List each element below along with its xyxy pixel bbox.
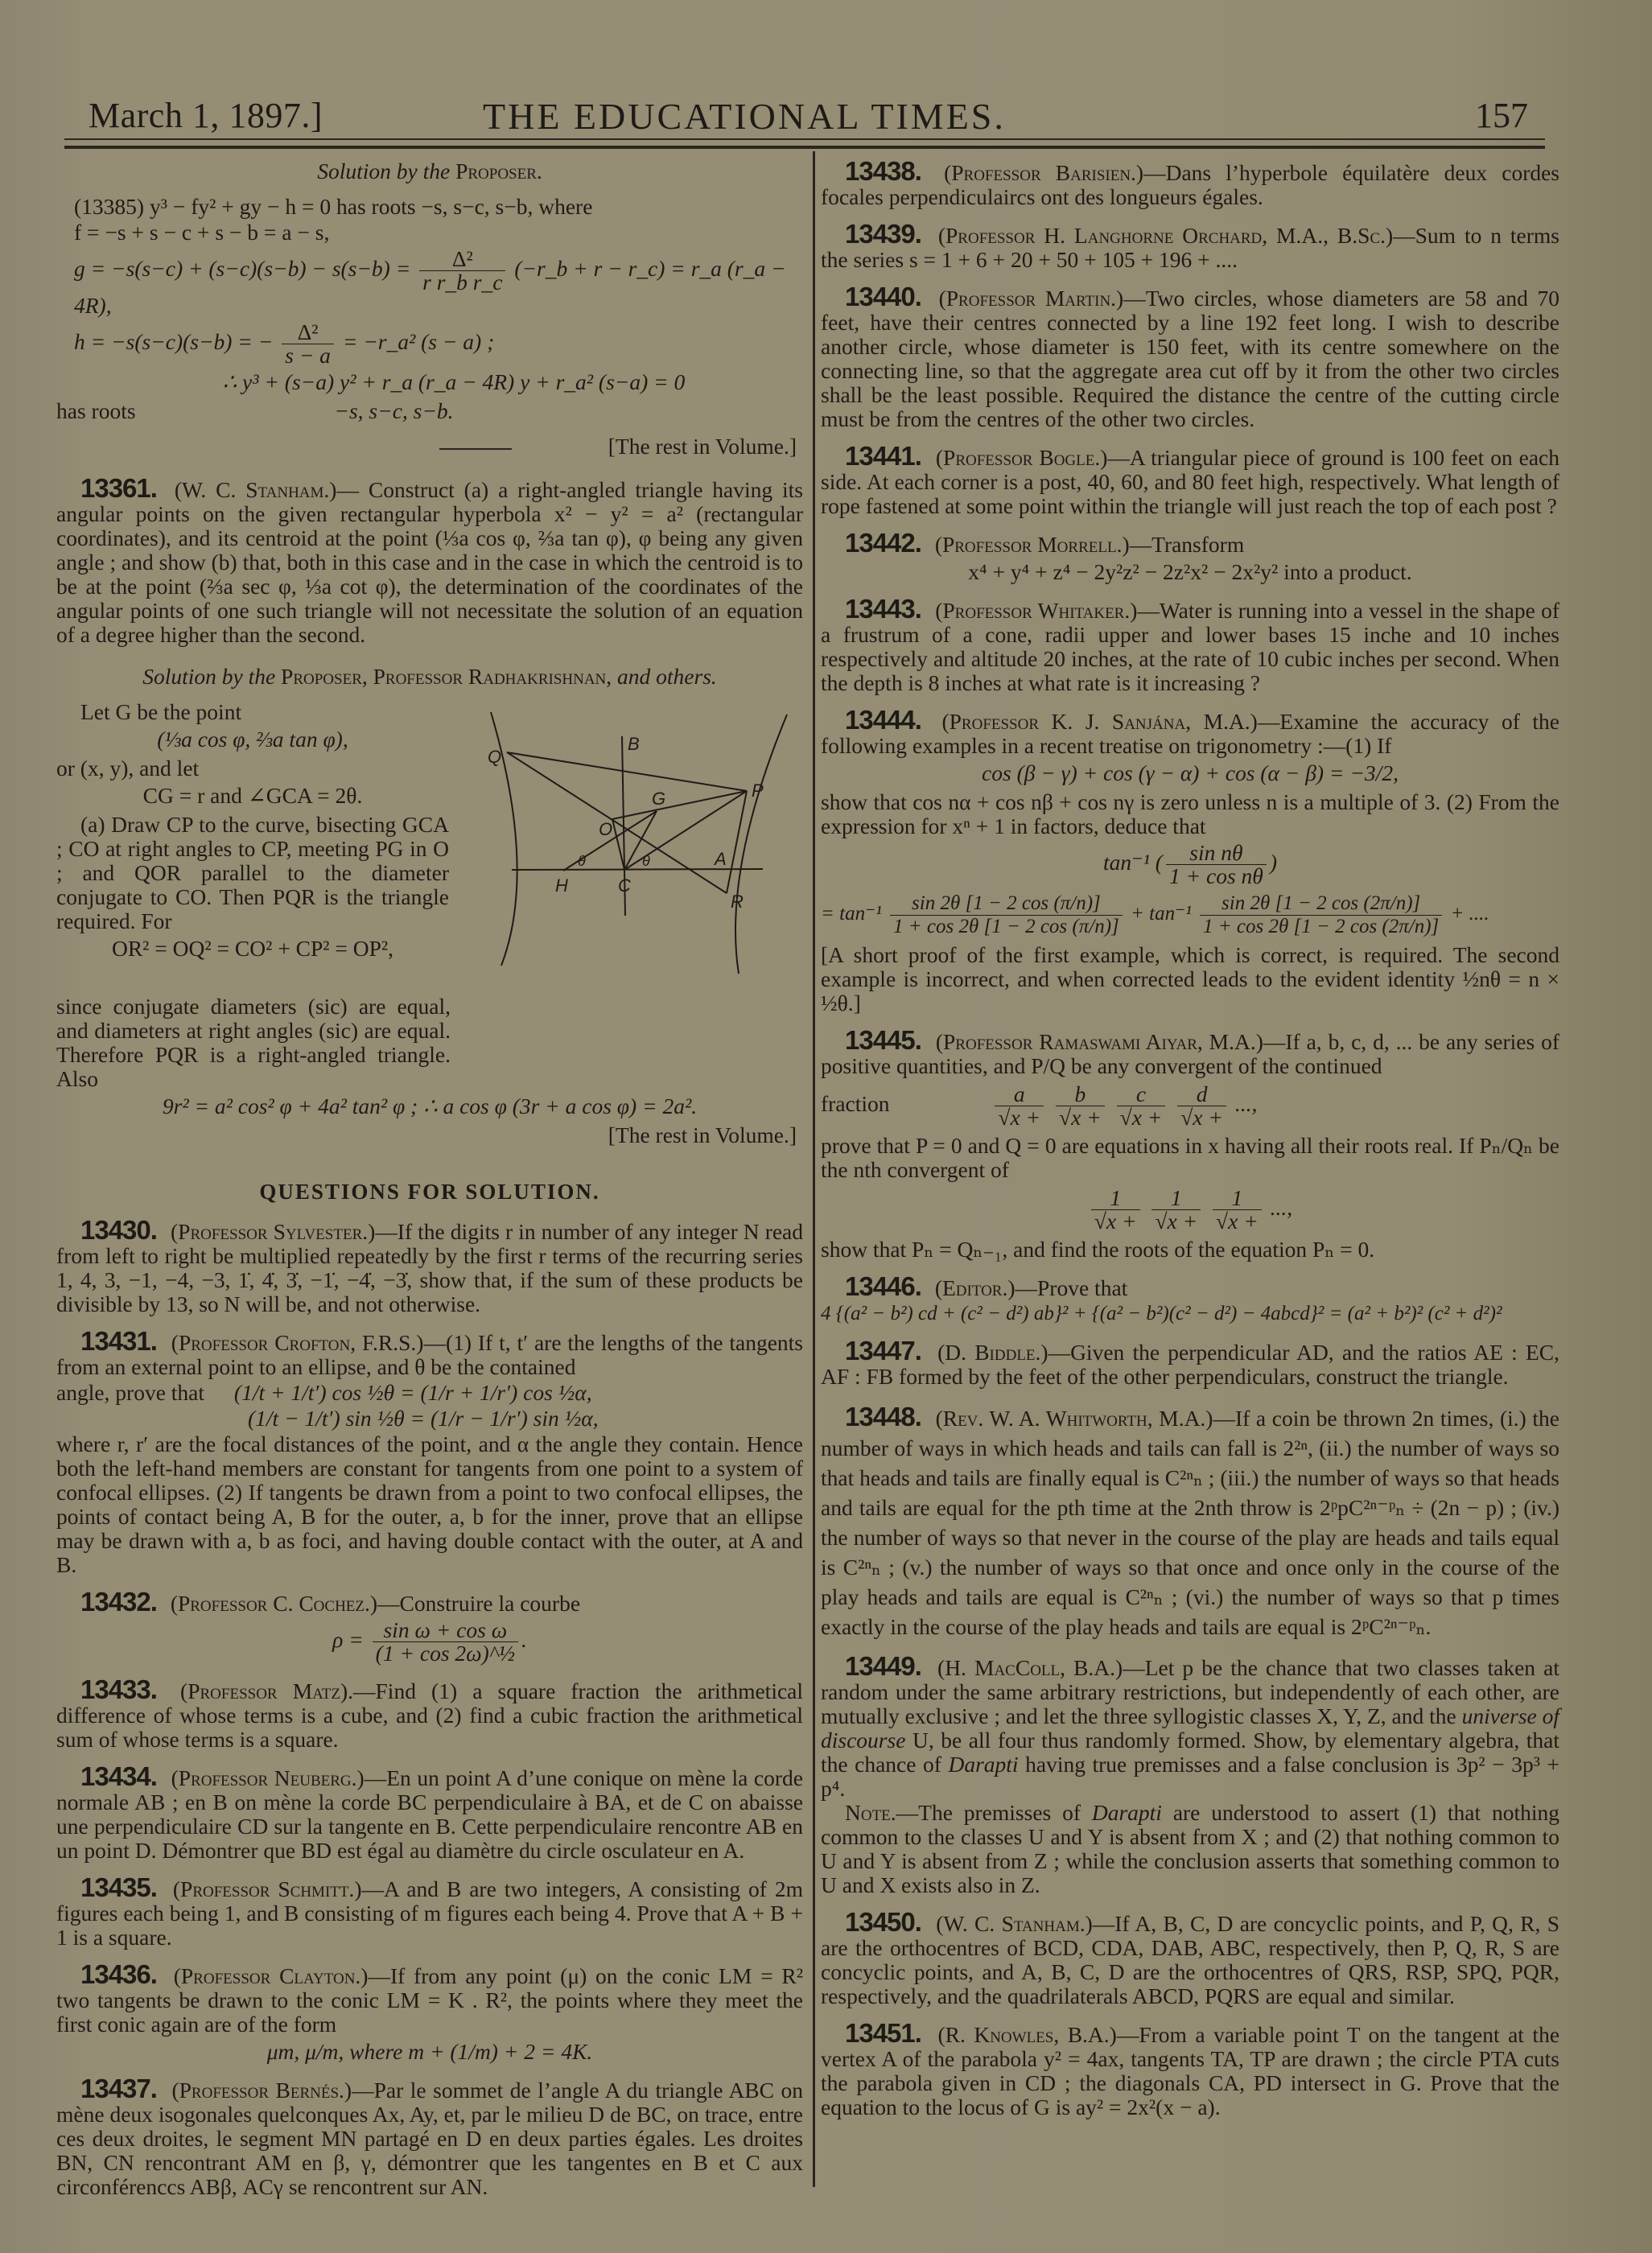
fraction: Δ²s − a	[282, 321, 334, 367]
label-h: H	[555, 875, 568, 896]
question-13432: 13432. (Professor C. Cochez.)—Construire…	[56, 1590, 803, 1665]
note: Note.—The premisses of Darapti are under…	[821, 1801, 1559, 1897]
solution-heading: Solution by the Proposer.	[56, 159, 803, 183]
equation-line: 9r² = a² cos² φ + 4a² tan² φ ; ∴ a cos φ…	[56, 1094, 803, 1118]
fraction: sin 2θ [1 − 2 cos (2π/n)]1 + cos 2θ [1 −…	[1200, 892, 1442, 938]
question-13444: 13444. (Professor K. J. Sanjána, M.A.)—E…	[821, 708, 1559, 1015]
page-header: March 1, 1897.] THE EDUCATIONAL TIMES. 1…	[0, 95, 1652, 143]
question-13441: 13441. (Professor Bogle.)—A triangular p…	[821, 444, 1559, 518]
geometry-figure-icon: Q B P G O A H C R θ θ	[465, 700, 803, 990]
solution-13361-body: Let G be the point (⅓a cos φ, ⅔a tan φ),…	[56, 700, 803, 995]
question-13443: 13443. (Professor Whitaker.)—Water is ru…	[821, 597, 1559, 695]
question-13436: 13436. (Professor Clayton.)—If from any …	[56, 1963, 803, 2064]
label-p: P	[752, 781, 764, 801]
solution-text: Let G be the point (⅓a cos φ, ⅔a tan φ),…	[56, 700, 449, 995]
column-divider	[813, 151, 815, 2187]
question-13431: 13431. (Professor Crofton, F.R.S.)—(1) I…	[56, 1329, 803, 1577]
equation-line: (13385) y³ − fy² + gy − h = 0 has roots …	[56, 195, 803, 219]
label-g: G	[652, 789, 665, 809]
equation-line: f = −s + s − c + s − b = a − s,	[56, 220, 803, 245]
question-13435: 13435. (Professor Schmitt.)—A and B are …	[56, 1876, 803, 1950]
question-13449: 13449. (H. MacColl, B.A.)—Let p be the c…	[821, 1654, 1559, 1897]
question-13450: 13450. (W. C. Stanham.)—If A, B, C, D ar…	[821, 1910, 1559, 2008]
question-13434: 13434. (Professor Neuberg.)—En un point …	[56, 1765, 803, 1863]
equation-line: ∴ y³ + (s−a) y² + r_a (r_a − 4R) y + r_a…	[56, 370, 803, 394]
question-13361: 13361. (W. C. Stanham.)— Construct (a) a…	[56, 476, 803, 647]
question-text: — Construct (a) a right-angled triangle …	[56, 477, 803, 647]
question-author: (W. C. Stanham.)	[175, 477, 337, 502]
label-q: Q	[488, 747, 501, 767]
fraction: sin ω + cos ω(1 + cos 2ω)^½	[373, 1619, 518, 1665]
rest-in-volume-note: [The rest in Volume.]	[56, 1123, 797, 1147]
label-a: A	[713, 849, 727, 869]
label-c: C	[618, 875, 631, 896]
label-r: R	[731, 892, 744, 912]
page-number: 157	[1475, 95, 1528, 136]
question-13451: 13451. (R. Knowles, B.A.)—From a variabl…	[821, 2021, 1559, 2119]
question-13430: 13430. (Professor Sylvester.)—If the dig…	[56, 1218, 803, 1316]
short-rule	[439, 448, 512, 450]
equation-line: has roots −s, s−c, s−b.	[56, 399, 803, 423]
journal-title: THE EDUCATIONAL TIMES.	[483, 95, 1006, 138]
question-13448: 13448. (Rev. W. A. Whitworth, M.A.)—If a…	[821, 1402, 1559, 1641]
section-heading: QUESTIONS FOR SOLUTION.	[56, 1180, 803, 1204]
left-column: Solution by the Proposer. (13385) y³ − f…	[56, 159, 803, 2212]
solution-text: since conjugate diameters (sic) are equa…	[56, 995, 451, 1091]
header-rule-thick	[64, 146, 1545, 149]
label-o: O	[599, 819, 612, 839]
equation-line: h = −s(s−c)(s−b) = − Δ²s − a = −r_a² (s …	[56, 321, 803, 367]
question-number: 13361.	[80, 473, 157, 503]
question-13433: 13433. (Professor Matz).—Find (1) a squa…	[56, 1678, 803, 1752]
question-13447: 13447. (D. Biddle.)—Given the perpendicu…	[821, 1339, 1559, 1389]
question-13439: 13439. (Professor H. Langhorne Orchard, …	[821, 222, 1559, 272]
issue-date: March 1, 1897.]	[89, 95, 323, 136]
question-13438: 13438. (Professor Barisien.)—Dans l’hype…	[821, 159, 1559, 209]
solution-13385: Solution by the Proposer. (13385) y³ − f…	[56, 159, 803, 459]
question-13442: 13442. (Professor Morrell.)—Transform x⁴…	[821, 531, 1559, 584]
label-theta: θ	[578, 853, 586, 869]
header-rule-thin	[64, 138, 1545, 140]
hyperbola-diagram: Q B P G O A H C R θ θ	[465, 700, 803, 995]
label-theta: θ	[642, 853, 650, 869]
solution-heading: Solution by the Proposer, Professor Radh…	[56, 665, 803, 689]
right-column: 13438. (Professor Barisien.)—Dans l’hype…	[821, 159, 1559, 2132]
fraction: sin nθ1 + cos nθ	[1166, 842, 1267, 888]
question-13440: 13440. (Professor Martin.)—Two circles, …	[821, 285, 1559, 431]
question-13445: 13445. (Professor Ramaswami Aiyar, M.A.)…	[821, 1028, 1559, 1262]
fraction: Δ²r r_b r_c	[419, 248, 505, 294]
label-b: B	[628, 734, 640, 754]
rest-in-volume-note: [The rest in Volume.]	[56, 435, 797, 459]
question-13446: 13446. (Editor.)—Prove that 4 {(a² − b²)…	[821, 1275, 1559, 1326]
equation-line: g = −s(s−c) + (s−c)(s−b) − s(s−b) = Δ²r …	[56, 248, 803, 318]
fraction: sin 2θ [1 − 2 cos (π/n)]1 + cos 2θ [1 − …	[890, 892, 1123, 938]
question-13437: 13437. (Professor Bernés.)—Par le sommet…	[56, 2077, 803, 2199]
